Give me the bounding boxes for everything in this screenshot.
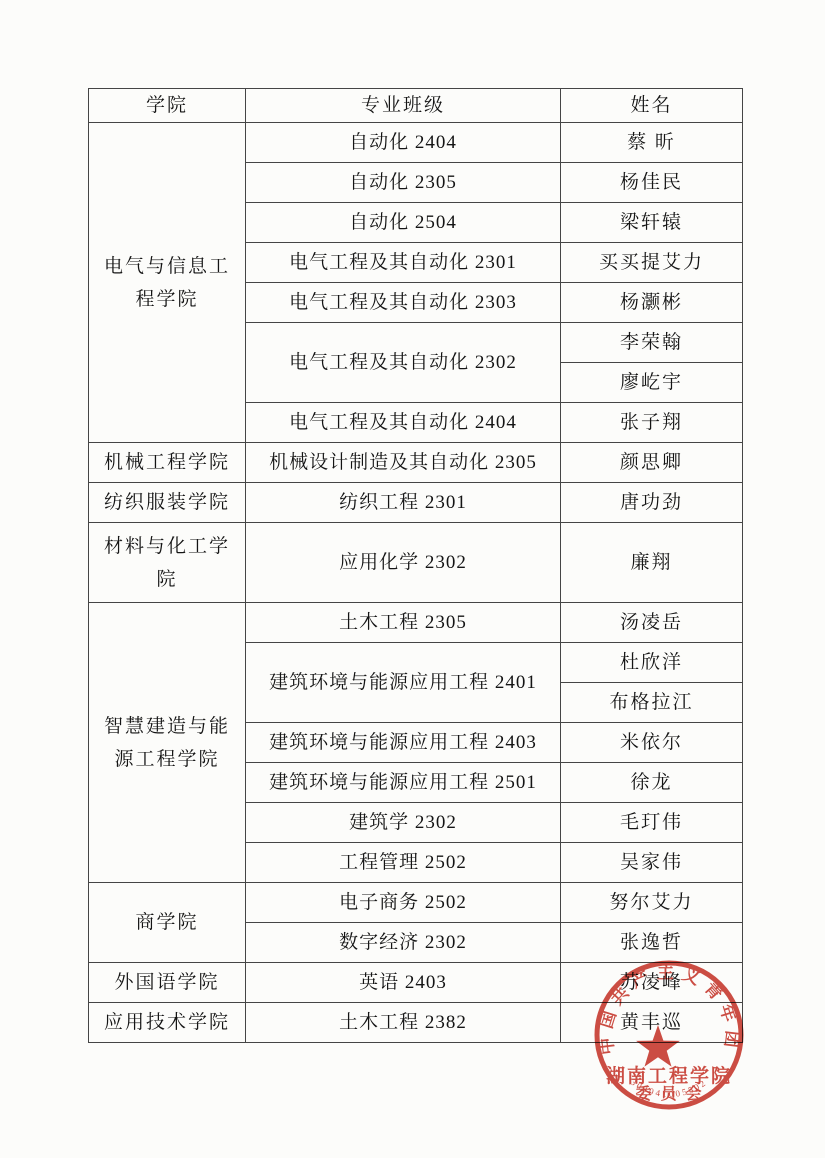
major-cell: 应用化学 2302 xyxy=(246,523,561,603)
name-cell: 吴家伟 xyxy=(561,843,743,883)
major-cell: 自动化 2504 xyxy=(246,203,561,243)
major-cell: 电气工程及其自动化 2301 xyxy=(246,243,561,283)
name-cell: 颜思卿 xyxy=(561,443,743,483)
header-row: 学院 专业班级 姓名 xyxy=(89,89,743,123)
table-row: 电气与信息工程学院 自动化 2404 蔡 昕 xyxy=(89,123,743,163)
name-cell: 张逸哲 xyxy=(561,923,743,963)
seal-org-name: 湖南工程学院 xyxy=(606,1064,732,1087)
major-cell: 工程管理 2502 xyxy=(246,843,561,883)
major-cell: 电气工程及其自动化 2302 xyxy=(246,323,561,403)
major-cell: 机械设计制造及其自动化 2305 xyxy=(246,443,561,483)
college-cell: 商学院 xyxy=(89,883,246,963)
major-class-header: 专业班级 xyxy=(246,89,561,123)
major-cell: 土木工程 2305 xyxy=(246,603,561,643)
name-cell: 买买提艾力 xyxy=(561,243,743,283)
major-cell: 建筑环境与能源应用工程 2403 xyxy=(246,723,561,763)
major-cell: 电气工程及其自动化 2404 xyxy=(246,403,561,443)
college-cell: 外国语学院 xyxy=(89,963,246,1003)
table-row: 商学院 电子商务 2502 努尔艾力 xyxy=(89,883,743,923)
major-cell: 自动化 2404 xyxy=(246,123,561,163)
name-cell: 汤凌岳 xyxy=(561,603,743,643)
name-cell: 毛玎伟 xyxy=(561,803,743,843)
college-cell: 纺织服装学院 xyxy=(89,483,246,523)
name-cell: 梁轩辕 xyxy=(561,203,743,243)
name-cell: 米依尔 xyxy=(561,723,743,763)
major-cell: 自动化 2305 xyxy=(246,163,561,203)
major-cell: 电子商务 2502 xyxy=(246,883,561,923)
college-cell: 智慧建造与能源工程学院 xyxy=(89,603,246,883)
major-cell: 建筑学 2302 xyxy=(246,803,561,843)
name-header: 姓名 xyxy=(561,89,743,123)
major-cell: 纺织工程 2301 xyxy=(246,483,561,523)
major-cell: 数字经济 2302 xyxy=(246,923,561,963)
major-cell: 建筑环境与能源应用工程 2401 xyxy=(246,643,561,723)
college-cell: 电气与信息工程学院 xyxy=(89,123,246,443)
college-header: 学院 xyxy=(89,89,246,123)
major-cell: 建筑环境与能源应用工程 2501 xyxy=(246,763,561,803)
table-row: 纺织服装学院 纺织工程 2301 唐功劲 xyxy=(89,483,743,523)
roster-table-header: 学院 专业班级 姓名 xyxy=(89,89,743,123)
name-cell: 唐功劲 xyxy=(561,483,743,523)
name-cell: 杨佳民 xyxy=(561,163,743,203)
official-seal-stamp: 中国共产主义青年团 湖南工程学院 委员会 43030410055022 xyxy=(592,958,750,1116)
name-cell: 蔡 昕 xyxy=(561,123,743,163)
scanned-document-page: 学院 专业班级 姓名 电气与信息工程学院 自动化 2404 蔡 昕 自动化 23… xyxy=(0,0,825,1158)
star-icon xyxy=(636,1025,680,1067)
name-cell: 布格拉江 xyxy=(561,683,743,723)
major-cell: 英语 2403 xyxy=(246,963,561,1003)
name-cell: 李荣翰 xyxy=(561,323,743,363)
name-cell: 杜欣洋 xyxy=(561,643,743,683)
name-cell: 杨灏彬 xyxy=(561,283,743,323)
roster-table: 学院 专业班级 姓名 电气与信息工程学院 自动化 2404 蔡 昕 自动化 23… xyxy=(88,88,743,1043)
name-cell: 张子翔 xyxy=(561,403,743,443)
major-cell: 土木工程 2382 xyxy=(246,1003,561,1043)
name-cell: 徐龙 xyxy=(561,763,743,803)
table-row: 机械工程学院 机械设计制造及其自动化 2305 颜思卿 xyxy=(89,443,743,483)
major-cell: 电气工程及其自动化 2303 xyxy=(246,283,561,323)
name-cell: 廖屹宇 xyxy=(561,363,743,403)
name-cell: 廉翔 xyxy=(561,523,743,603)
college-cell: 材料与化工学院 xyxy=(89,523,246,603)
college-cell: 机械工程学院 xyxy=(89,443,246,483)
college-cell: 应用技术学院 xyxy=(89,1003,246,1043)
table-row: 材料与化工学院 应用化学 2302 廉翔 xyxy=(89,523,743,603)
table-row: 智慧建造与能源工程学院 土木工程 2305 汤凌岳 xyxy=(89,603,743,643)
name-cell: 努尔艾力 xyxy=(561,883,743,923)
